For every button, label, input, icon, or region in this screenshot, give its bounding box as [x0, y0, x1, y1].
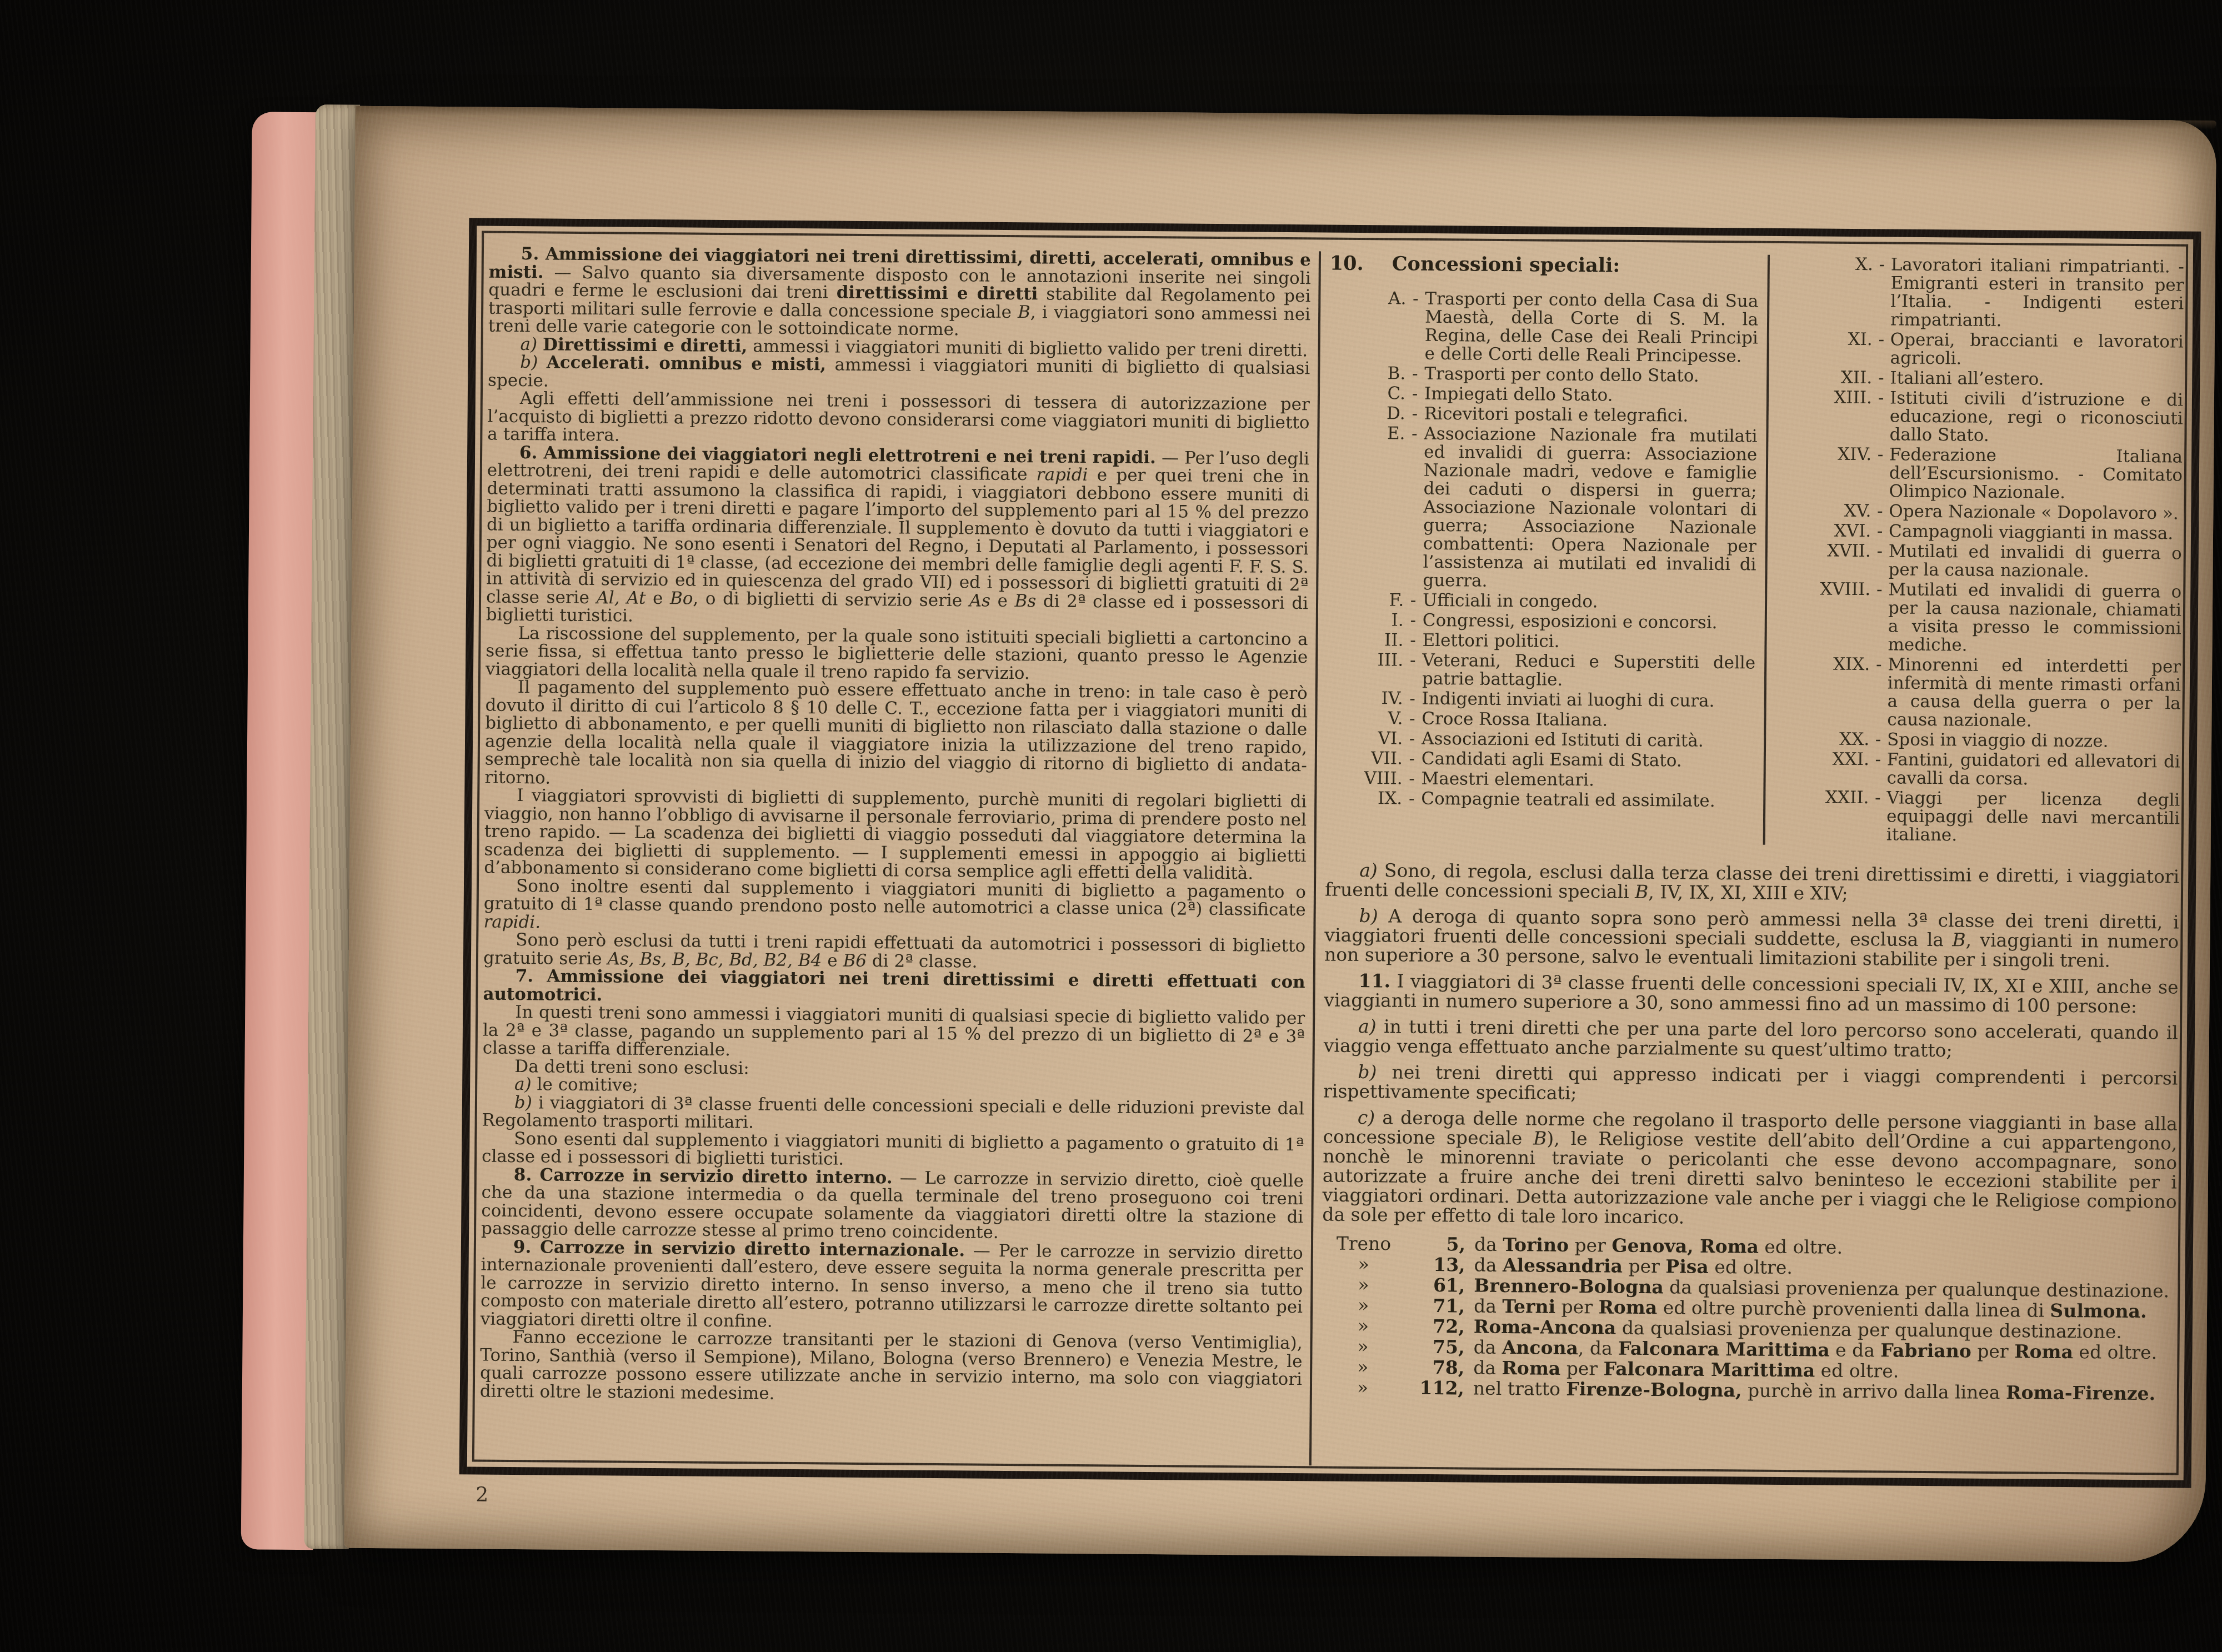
text-run: Falconara Marittima: [1604, 1358, 1815, 1381]
item-dash: -: [1403, 730, 1422, 748]
concession-item: XIV. - Federazione Italiana dell’Escursi…: [1778, 445, 2183, 503]
paragraph-text: Fanno eccezione le carrozze transitanti …: [480, 1327, 1303, 1403]
text-run: da: [1474, 1295, 1503, 1317]
item-text: Compagnie teatrali ed assimilate.: [1421, 790, 1754, 811]
item-dash: -: [1403, 632, 1422, 650]
concession-item: XI. - Operai, braccianti e lavoratori ag…: [1779, 330, 2183, 370]
item-dash: -: [1869, 655, 1888, 729]
text-run: Sulmona.: [2050, 1300, 2146, 1322]
paragraph: b) A deroga di quanto sopra sono però am…: [1324, 905, 2179, 970]
train-row-mark: »: [1322, 1253, 1405, 1274]
concession-item: III. - Veterani, Reduci e Superstiti del…: [1327, 650, 1755, 690]
text-run: e per quei treni che in determinati trat…: [486, 465, 1309, 608]
concession-item: VII. - Candidati agli Esami di Stato.: [1326, 749, 1755, 770]
item-text: Ufficiali in congedo.: [1423, 592, 1756, 613]
item-dash: -: [1403, 710, 1422, 728]
paragraph-text: c) a deroga delle norme che regolano il …: [1322, 1107, 2178, 1228]
page-number: 2: [476, 1484, 488, 1506]
item-dash: -: [1869, 730, 1887, 749]
heading-text: Concessioni speciali:: [1392, 253, 1620, 277]
item-label: VII.: [1326, 749, 1403, 768]
text-run: I viaggiatori di 3ª classe fruenti delle…: [1324, 970, 2179, 1017]
text-run: nel tratto: [1473, 1378, 1567, 1400]
concession-item: VI. - Associazioni ed Istituti di carità…: [1326, 729, 1755, 750]
item-text: Ricevitori postali e telegrafici.: [1424, 405, 1758, 426]
text-run: ed oltre.: [1759, 1236, 1843, 1258]
concession-item: B. - Trasporti per conto dello Stato.: [1329, 364, 1758, 386]
paragraph-text: I viaggiatori sprovvisti di biglietti di…: [484, 785, 1307, 883]
text-run: Ancona: [1502, 1336, 1578, 1359]
text-run: a): [521, 334, 538, 354]
text-run: , IV, IX, XI, XIII e XIV;: [1648, 881, 1848, 904]
text-run: purchè in arrivo dalla linea: [1741, 1379, 2006, 1403]
text-run: I viaggiatori sprovvisti di biglietti di…: [484, 785, 1307, 883]
text-run: La riscossione del supplemento, per la q…: [486, 623, 1308, 683]
item-dash: -: [1870, 542, 1889, 579]
right-region: 10. Concessioni speciali: A. - Trasporti…: [1312, 251, 2184, 1472]
text-run: Terni: [1502, 1295, 1555, 1318]
text-run: Roma: [1598, 1296, 1657, 1318]
item-label: II.: [1327, 631, 1403, 650]
text-run: Roma-Firenze.: [2006, 1381, 2155, 1404]
item-text: Minorenni ed interdetti per infermità di…: [1887, 655, 2181, 731]
concession-item: VIII. - Maestri elementari.: [1325, 769, 1754, 790]
train-row-mark: »: [1321, 1356, 1404, 1377]
paragraph: I viaggiatori sprovvisti di biglietti di…: [484, 787, 1307, 883]
text-run: 7. Ammissione dei viaggiatori nei treni …: [483, 966, 1305, 1005]
text-run: rapidi.: [483, 912, 541, 932]
paragraph: Sono inoltre esenti dal supplemento i vi…: [483, 877, 1306, 937]
train-number: 72,: [1414, 1316, 1465, 1337]
concession-item: II. - Elettori politici.: [1327, 631, 1755, 653]
item-label: I.: [1327, 611, 1404, 630]
item-text: Associazioni ed Istituti di carità.: [1422, 730, 1755, 751]
concession-item: I. - Congressi, esposizioni e concorsi.: [1327, 611, 1756, 633]
paragraph-text: 8. Carrozze in servizio diretto interno.…: [481, 1165, 1304, 1243]
item-dash: -: [1871, 445, 1890, 500]
item-dash: -: [1869, 789, 1887, 844]
item-label: D.: [1329, 404, 1405, 423]
item-dash: -: [1405, 365, 1424, 383]
concession-item: XX. - Sposi in viaggio di nozze.: [1776, 730, 2180, 752]
paragraph-text: b) nei treni diretti qui appresso indica…: [1323, 1061, 2178, 1104]
item-label: XIV.: [1778, 445, 1872, 500]
text-run: [538, 352, 547, 372]
item-label: XI.: [1779, 330, 1873, 367]
item-label: XIII.: [1778, 388, 1872, 444]
concession-item: E. - Associazione Nazionale fra mutilati…: [1327, 424, 1757, 593]
item-dash: -: [1871, 389, 1890, 444]
item-text: Campagnoli viaggianti in massa.: [1889, 522, 2182, 543]
text-run: Genova, Roma: [1612, 1235, 1759, 1258]
item-label: B.: [1329, 364, 1405, 383]
text-run: B: [1635, 881, 1649, 903]
item-label: V.: [1326, 709, 1403, 728]
concession-item: XIII. - Istituti civili d’istruzione e d…: [1778, 388, 2183, 447]
paragraph: Agli effetti dell’ammissione nei treni i…: [487, 389, 1310, 450]
item-text: Sposi in viaggio di nozze.: [1887, 730, 2180, 751]
text-run: e da: [1829, 1339, 1880, 1361]
middle-column: 10. Concessioni speciali: A. - Trasporti…: [1325, 252, 1768, 845]
item-text: Federazione Italiana dell’Escursionismo.…: [1889, 445, 2183, 503]
text-run: Fanno eccezione le carrozze transitanti …: [480, 1327, 1303, 1403]
item-label: F.: [1327, 591, 1404, 610]
text-run: , da: [1578, 1337, 1619, 1359]
item-text: Opera Nazionale « Dopolavoro ».: [1889, 502, 2182, 523]
item-label: VI.: [1326, 729, 1403, 748]
concession-item: D. - Ricevitori postali e telegrafici.: [1329, 404, 1758, 426]
text-run: As: [969, 590, 991, 610]
text-run: b): [1358, 1061, 1377, 1083]
item-label: X.: [1779, 255, 1873, 329]
text-frame-border: 5. Ammissione dei viaggiatori nei treni …: [459, 218, 2201, 1488]
text-run: c): [1358, 1107, 1375, 1128]
book-page: 5. Ammissione dei viaggiatori nei treni …: [344, 106, 2216, 1563]
train-number: 78,: [1413, 1357, 1464, 1378]
item-dash: -: [1870, 580, 1888, 654]
paragraph: Il pagamento del supplemento può essere …: [484, 678, 1307, 793]
text-run: B: [1952, 929, 1966, 950]
train-number: 61,: [1414, 1275, 1465, 1296]
text-run: per: [1623, 1255, 1666, 1278]
concession-item: C. - Impiegati dello Stato.: [1329, 384, 1758, 406]
item-label: C.: [1329, 384, 1405, 403]
text-run: Bo: [670, 588, 693, 608]
text-run: Il pagamento del supplemento può essere …: [484, 677, 1308, 788]
item-dash: -: [1405, 290, 1425, 363]
text-run: Roma: [2014, 1340, 2073, 1363]
train-route: nel tratto Firenze-Bologna, purchè in ar…: [1473, 1378, 2175, 1404]
text-run: In questi treni sono ammessi i viaggiato…: [483, 1002, 1305, 1060]
text-run: b): [520, 352, 538, 372]
special-concessions-heading: 10. Concessioni speciali:: [1330, 253, 1759, 278]
concession-item: XVII. - Mutilati ed invalidi di guerra o…: [1777, 542, 2181, 582]
text-run: da: [1473, 1357, 1502, 1379]
item-text: Elettori politici.: [1422, 632, 1755, 653]
heading-number: 10.: [1330, 253, 1392, 276]
item-text: Maestri elementari.: [1421, 770, 1754, 791]
text-run: Torino: [1503, 1234, 1569, 1256]
item-text: Lavoratori italiani rimpatrianti. - Emig…: [1890, 256, 2184, 331]
item-text: Viaggi per licenza degli equipaggi delle…: [1886, 789, 2180, 846]
item-label: A.: [1329, 289, 1406, 363]
item-text: Trasporti per conto della Casa di Sua Ma…: [1424, 290, 1758, 366]
item-text: Congressi, esposizioni e concorsi.: [1423, 612, 1756, 633]
text-run: per: [1555, 1296, 1599, 1318]
bottom-paragraphs: a) Sono, di regola, esclusi dalla terza …: [1322, 860, 2179, 1230]
paragraph-text: Sono però esclusi da tutti i treni rapid…: [483, 930, 1305, 972]
text-run: 11.: [1359, 970, 1391, 992]
text-run: e: [822, 950, 843, 970]
train-number: 112,: [1413, 1378, 1464, 1399]
text-run: ed oltre.: [1815, 1359, 1899, 1381]
text-run: per: [1971, 1340, 2015, 1363]
item-text: Impiegati dello Stato.: [1424, 385, 1758, 406]
item-label: E.: [1327, 424, 1405, 590]
train-row-mark: Treno: [1322, 1233, 1405, 1254]
bottom-section: a) Sono, di regola, esclusi dalla terza …: [1321, 860, 2180, 1404]
paragraph-text: La riscossione del supplemento, per la q…: [486, 623, 1308, 683]
paragraph-text: 5. Ammissione dei viaggiatori nei treni …: [488, 244, 1311, 339]
text-run: a): [514, 1074, 532, 1094]
paragraph-text: b) i viaggiatori di 3ª classe fruenti de…: [482, 1093, 1304, 1133]
train-row-mark: »: [1322, 1315, 1405, 1336]
item-label: XXII.: [1775, 788, 1869, 844]
concession-item: XVI. - Campagnoli viaggianti in massa.: [1778, 522, 2182, 543]
train-number: 71,: [1414, 1295, 1465, 1316]
item-label: III.: [1327, 650, 1404, 688]
concession-item: XIX. - Minorenni ed interdetti per infer…: [1776, 655, 2181, 732]
paragraph-text: Sono inoltre esenti dal supplemento i vi…: [483, 876, 1306, 932]
train-row-mark: »: [1321, 1376, 1404, 1398]
train-number: 13,: [1414, 1254, 1465, 1275]
paragraph: 11. I viaggiatori di 3ª classe fruenti d…: [1324, 970, 2179, 1016]
text-run: Roma-Ancona: [1474, 1316, 1617, 1339]
concession-item: A. - Trasporti per conto della Casa di S…: [1329, 289, 1758, 366]
paragraph: c) a deroga delle norme che regolano il …: [1322, 1107, 2178, 1230]
paragraph-text: In questi treni sono ammessi i viaggiato…: [483, 1002, 1305, 1060]
photo-background: 5. Ammissione dei viaggiatori nei treni …: [0, 0, 2222, 1652]
text-run: , o di biglietti di servizio serie: [693, 588, 969, 610]
concession-item: XXII. - Viaggi per licenza degli equipag…: [1775, 788, 2180, 847]
item-label: XIX.: [1776, 655, 1870, 729]
concession-item: IX. - Compagnie teatrali ed assimilate.: [1325, 789, 1754, 810]
item-dash: -: [1869, 750, 1887, 787]
text-run: Sono inoltre esenti dal supplemento i vi…: [484, 876, 1306, 920]
text-run: B6: [843, 950, 867, 970]
text-run: Firenze-Bologna,: [1566, 1378, 1741, 1401]
train-row-mark: »: [1322, 1294, 1405, 1315]
book: 5. Ammissione dei viaggiatori nei treni …: [344, 106, 2216, 1563]
item-text: Associazione Nazionale fra mutilati ed i…: [1423, 425, 1757, 593]
train-list: Treno 5, da Torino per Genova, Roma ed o…: [1321, 1233, 2176, 1404]
item-dash: -: [1405, 405, 1424, 423]
text-run: Agli effetti dell’ammissione nei treni i…: [487, 388, 1310, 445]
concession-item: X. - Lavoratori italiani rimpatrianti. -…: [1779, 255, 2184, 332]
concession-item: V. - Croce Rossa Italiana.: [1326, 709, 1755, 730]
text-run: da: [1473, 1336, 1502, 1358]
text-run: Roma: [1502, 1357, 1560, 1379]
item-text: Candidati agli Esami di Stato.: [1422, 750, 1755, 771]
item-dash: -: [1404, 425, 1424, 590]
item-dash: -: [1402, 790, 1421, 808]
text-run: Falconara Marittima: [1618, 1338, 1830, 1361]
text-run: Sono esenti dal supplemento i viaggiator…: [482, 1129, 1304, 1169]
concession-item: XVIII. - Mutilati ed invalidi di guerra …: [1776, 580, 2181, 657]
text-run: rapidi: [1037, 464, 1088, 485]
train-number: 75,: [1413, 1336, 1464, 1358]
text-run: Fabriano: [1880, 1339, 1971, 1361]
concession-item: XV. - Opera Nazionale « Dopolavoro ».: [1778, 502, 2182, 523]
text-run: ed oltre.: [1709, 1256, 1793, 1278]
item-dash: -: [1404, 592, 1423, 610]
item-text: Mutilati ed invalidi di guerra o per la …: [1888, 542, 2182, 581]
item-dash: -: [1402, 770, 1421, 788]
paragraph: a) in tutti i treni diretti che per una …: [1324, 1016, 2179, 1062]
concessions-region: 10. Concessioni speciali: A. - Trasporti…: [1325, 252, 2184, 848]
item-dash: -: [1403, 652, 1423, 688]
text-run: e: [990, 590, 1015, 610]
text-run: a): [1358, 1015, 1377, 1037]
paragraph-text: 7. Ammissione dei viaggiatori nei treni …: [483, 966, 1305, 1005]
item-dash: -: [1872, 369, 1890, 387]
paragraph: La riscossione del supplemento, per la q…: [486, 624, 1308, 684]
item-text: Indigenti inviati ai luoghi di cura.: [1422, 690, 1755, 711]
item-text: Fantini, guidatori ed allevatori di cava…: [1886, 750, 2180, 789]
item-dash: -: [1871, 522, 1889, 540]
concession-item: XXI. - Fantini, guidatori ed allevatori …: [1775, 750, 2180, 790]
text-run: b): [1359, 905, 1378, 927]
text-run: da: [1474, 1234, 1503, 1255]
text-run: da: [1474, 1254, 1503, 1276]
paragraph: 5. Ammissione dei viaggiatori nei treni …: [488, 245, 1311, 342]
item-label: XVI.: [1778, 522, 1871, 540]
item-label: XXI.: [1775, 750, 1869, 787]
paragraph-text: a) in tutti i treni diretti che per una …: [1324, 1015, 2179, 1061]
item-text: Trasporti per conto dello Stato.: [1424, 365, 1758, 386]
text-run: e: [645, 588, 670, 608]
paragraph-text: b) Accelerati. omnibus e misti, ammessi …: [488, 352, 1310, 391]
text-run: b): [514, 1093, 532, 1113]
text-run: B: [1018, 302, 1030, 322]
item-label: IX.: [1325, 789, 1402, 808]
text-run: Bs: [1014, 591, 1036, 611]
item-text: Mutilati ed invalidi di guerra o per la …: [1888, 580, 2181, 656]
text-run: per: [1560, 1358, 1604, 1380]
train-row-mark: »: [1321, 1335, 1404, 1356]
item-dash: -: [1872, 331, 1890, 367]
item-label: IV.: [1327, 689, 1403, 708]
text-run: Pisa: [1665, 1255, 1709, 1278]
item-label: XV.: [1778, 502, 1871, 520]
concession-list-romans: X. - Lavoratori italiani rimpatrianti. -…: [1775, 255, 2184, 847]
item-label: XX.: [1776, 730, 1869, 749]
concession-list-letters: A. - Trasporti per conto della Casa di S…: [1325, 289, 1758, 811]
paragraph-text: 6. Ammissione dei viaggiatori negli elet…: [486, 443, 1310, 626]
item-dash: -: [1873, 256, 1891, 329]
left-column: 5. Ammissione dei viaggiatori nei treni …: [479, 245, 1317, 1466]
right-column: X. - Lavoratori italiani rimpatrianti. -…: [1765, 255, 2184, 848]
paragraph-text: b) A deroga di quanto sopra sono però am…: [1324, 905, 2179, 972]
item-dash: -: [1403, 690, 1422, 708]
concession-item: IV. - Indigenti inviati ai luoghi di cur…: [1327, 689, 1755, 710]
paragraph-text: a) Sono, di regola, esclusi dalla terza …: [1325, 859, 2180, 904]
text-run: a): [1359, 859, 1378, 881]
train-number: 5,: [1414, 1234, 1465, 1255]
text-run: Alessandria: [1503, 1254, 1623, 1277]
item-text: Veterani, Reduci e Superstiti delle patr…: [1422, 652, 1755, 691]
paragraph-text: 11. I viaggiatori di 3ª classe fruenti d…: [1324, 970, 2179, 1017]
item-label: XII.: [1779, 368, 1872, 387]
text-run: per: [1569, 1234, 1612, 1256]
train-row-mark: »: [1322, 1274, 1405, 1295]
item-label: XVIII.: [1776, 580, 1870, 654]
paragraph-text: Il pagamento del supplemento può essere …: [484, 677, 1308, 788]
concession-item: XII. - Italiani all’estero.: [1779, 368, 2183, 390]
item-dash: -: [1404, 612, 1423, 630]
item-text: Italiani all’estero.: [1890, 369, 2183, 389]
paragraph: a) Sono, di regola, esclusi dalla terza …: [1325, 860, 2180, 905]
paragraph-text: Sono esenti dal supplemento i viaggiator…: [482, 1129, 1304, 1169]
text-run: nei treni diretti qui appresso indicati …: [1323, 1061, 2178, 1104]
item-label: VIII.: [1325, 769, 1402, 788]
paragraph: 9. Carrozze in servizio diretto internaz…: [481, 1238, 1303, 1334]
text-run: Al, At: [596, 588, 645, 608]
text-run: i viaggiatori di 3ª classe fruenti delle…: [482, 1093, 1304, 1133]
item-dash: -: [1403, 750, 1422, 768]
concession-item: F. - Ufficiali in congedo.: [1327, 591, 1756, 613]
text-run: ed oltre.: [2073, 1341, 2157, 1363]
paragraph-text: 9. Carrozze in servizio diretto internaz…: [481, 1237, 1303, 1331]
text-run: B: [1533, 1127, 1547, 1149]
paragraph: 6. Ammissione dei viaggiatori negli elet…: [486, 443, 1310, 630]
item-text: Istituti civili d’istruzione e di educaz…: [1889, 389, 2183, 446]
paragraph: In questi treni sono ammessi i viaggiato…: [483, 1003, 1305, 1064]
item-dash: -: [1405, 385, 1424, 403]
item-dash: -: [1871, 502, 1889, 520]
paragraph: b) nei treni diretti qui appresso indica…: [1323, 1062, 2178, 1107]
page-content: 5. Ammissione dei viaggiatori nei treni …: [467, 226, 2193, 1480]
item-text: Croce Rossa Italiana.: [1422, 710, 1755, 731]
paragraph: 8. Carrozze in servizio diretto interno.…: [481, 1165, 1304, 1244]
paragraph-text: Agli effetti dell’ammissione nei treni i…: [487, 388, 1310, 445]
item-label: XVII.: [1777, 542, 1871, 579]
text-run: in tutti i treni diretti che per una par…: [1324, 1015, 2179, 1061]
text-run: Brennero-Bologna: [1474, 1275, 1664, 1298]
paragraph: Fanno eccezione le carrozze transitanti …: [480, 1328, 1303, 1407]
item-text: Operai, braccianti e lavoratori agricoli…: [1890, 331, 2184, 369]
text-run: Accelerati. omnibus e misti,: [547, 352, 827, 374]
